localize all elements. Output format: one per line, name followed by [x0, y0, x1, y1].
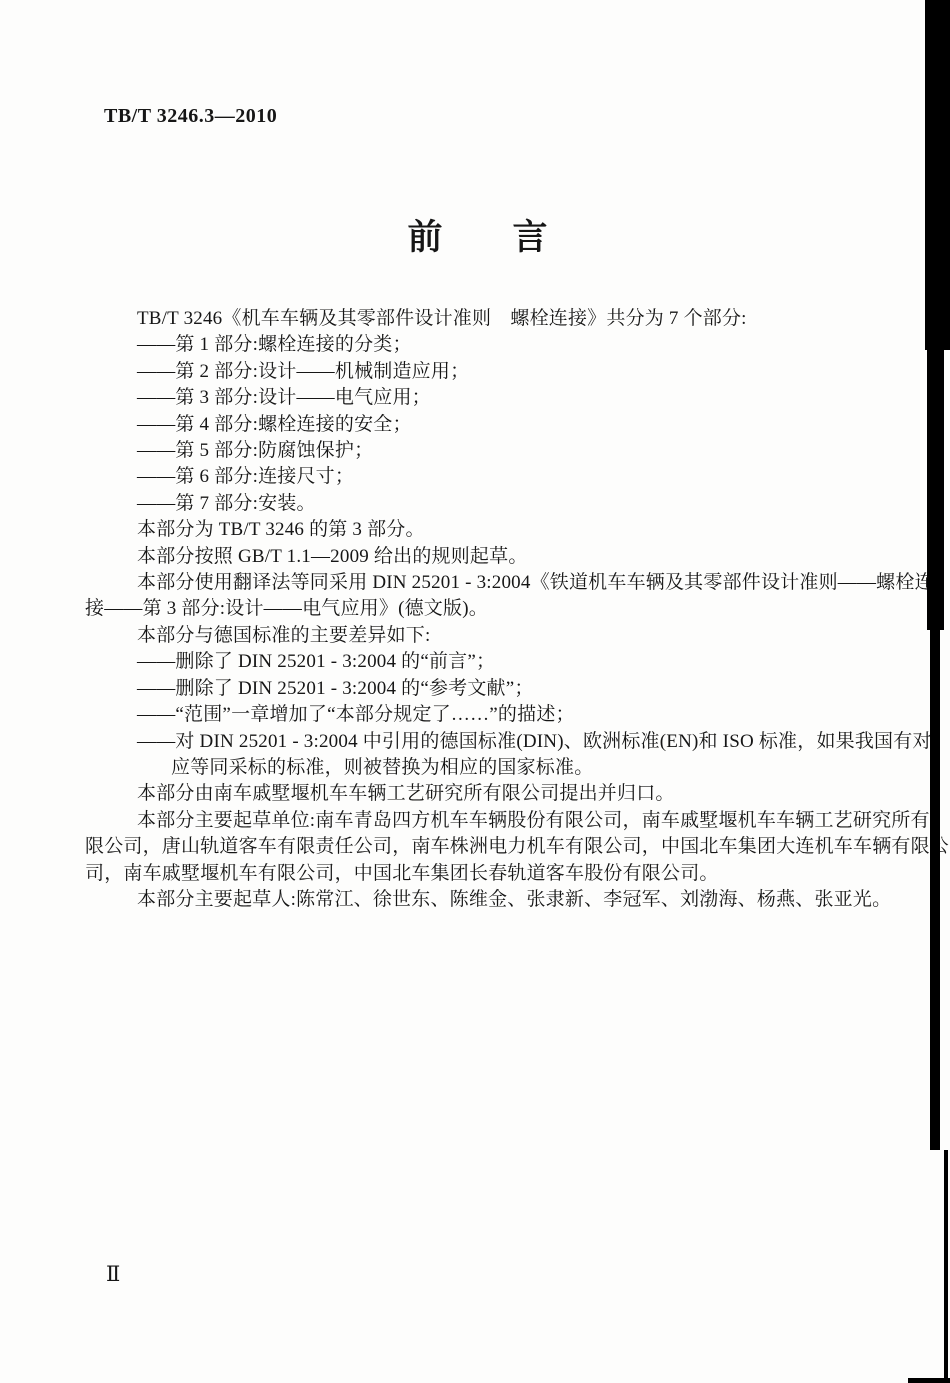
body-line: ——第 3 部分:设计——电气应用；	[85, 385, 875, 411]
body-line: 本部分与德国标准的主要差异如下:	[85, 623, 875, 649]
scan-edge-artifact	[925, 0, 950, 350]
scan-edge-artifact	[930, 630, 940, 1150]
scan-edge-artifact	[908, 1378, 950, 1383]
document-page: TB/T 3246.3—2010 前 言 TB/T 3246《机车车辆及其零部件…	[0, 0, 950, 1383]
scan-edge-artifact	[944, 1150, 948, 1383]
body-line: ——第 6 部分:连接尺寸；	[85, 464, 875, 490]
body-lines: TB/T 3246《机车车辆及其零部件设计准则 螺栓连接》共分为 7 个部分:—…	[85, 306, 875, 913]
page-number: Ⅱ	[106, 1262, 120, 1287]
foreword-body: TB/T 3246《机车车辆及其零部件设计准则 螺栓连接》共分为 7 个部分:—…	[85, 306, 875, 913]
body-line: ——删除了 DIN 25201 - 3:2004 的“前言”；	[85, 649, 875, 675]
body-line: 应等同采标的标准，则被替换为相应的国家标准。	[85, 755, 875, 781]
body-line: 本部分主要起草人:陈常江、徐世东、陈维金、张隶新、李冠军、刘渤海、杨燕、张亚光。	[85, 887, 875, 913]
standard-number: TB/T 3246.3—2010	[104, 105, 277, 128]
body-line: 限公司，唐山轨道客车有限责任公司，南车株洲电力机车有限公司，中国北车集团大连机车…	[85, 834, 875, 860]
body-line: TB/T 3246《机车车辆及其零部件设计准则 螺栓连接》共分为 7 个部分:	[85, 306, 875, 332]
body-line: 本部分主要起草单位:南车青岛四方机车车辆股份有限公司，南车戚墅堰机车车辆工艺研究…	[85, 808, 875, 834]
body-line: 本部分使用翻译法等同采用 DIN 25201 - 3:2004《铁道机车车辆及其…	[85, 570, 875, 596]
body-line: ——第 5 部分:防腐蚀保护；	[85, 438, 875, 464]
body-line: ——第 7 部分:安装。	[85, 491, 875, 517]
page-title: 前 言	[85, 210, 870, 260]
scan-edge-artifact	[927, 350, 944, 630]
body-line: 接——第 3 部分:设计——电气应用》(德文版)。	[85, 596, 875, 622]
body-line: ——第 2 部分:设计——机械制造应用；	[85, 359, 875, 385]
body-line: ——“范围”一章增加了“本部分规定了……”的描述；	[85, 702, 875, 728]
body-line: 司，南车戚墅堰机车有限公司，中国北车集团长春轨道客车股份有限公司。	[85, 861, 875, 887]
body-line: ——第 1 部分:螺栓连接的分类；	[85, 332, 875, 358]
body-line: 本部分为 TB/T 3246 的第 3 部分。	[85, 517, 875, 543]
body-line: 本部分按照 GB/T 1.1—2009 给出的规则起草。	[85, 544, 875, 570]
body-line: ——删除了 DIN 25201 - 3:2004 的“参考文献”；	[85, 676, 875, 702]
body-line: ——对 DIN 25201 - 3:2004 中引用的德国标准(DIN)、欧洲标…	[85, 729, 875, 755]
body-line: 本部分由南车戚墅堰机车车辆工艺研究所有限公司提出并归口。	[85, 781, 875, 807]
body-line: ——第 4 部分:螺栓连接的安全；	[85, 412, 875, 438]
